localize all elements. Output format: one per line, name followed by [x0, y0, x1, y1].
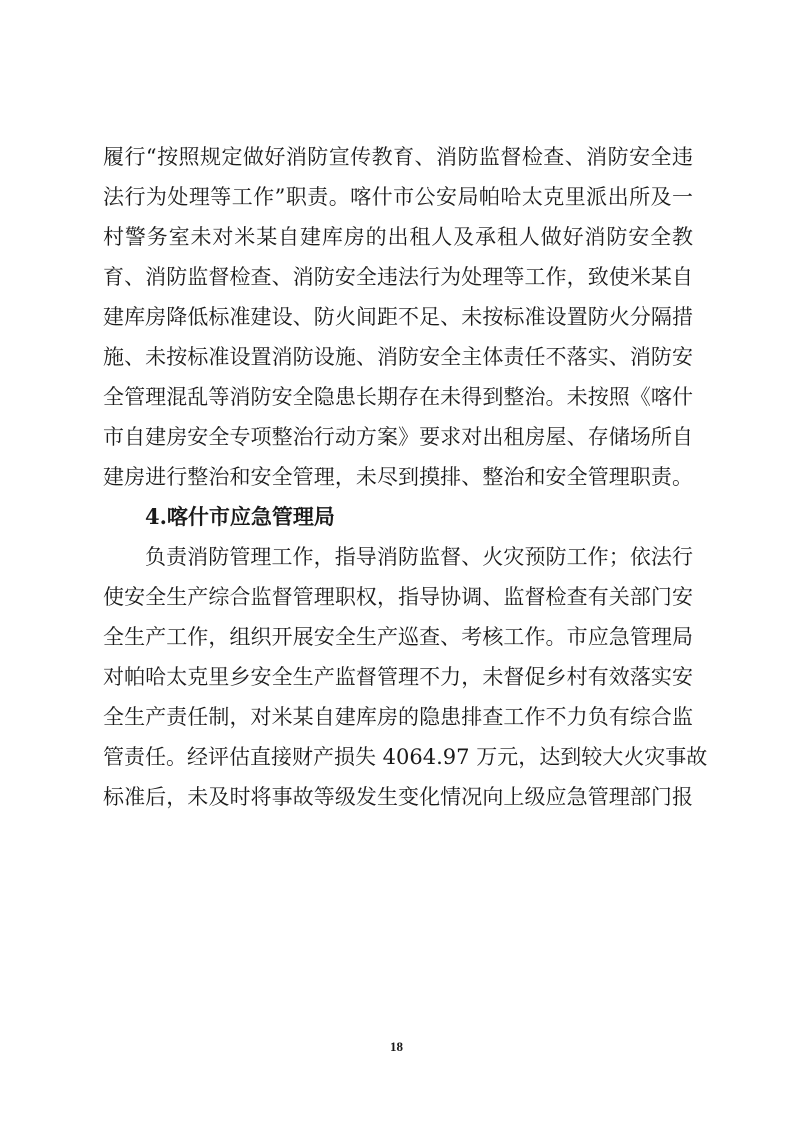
body-line: 村警务室未对米某自建库房的出租人及承租人做好消防安全教	[103, 222, 693, 252]
body-line: 负责消防管理工作，指导消防监督、火灾预防工作；依法行	[145, 542, 693, 572]
document-page: 履行“按照规定做好消防宣传教育、消防监督检查、消防安全违 法行为处理等工作”职责…	[0, 0, 793, 1122]
body-line: 使安全生产综合监督管理职权，指导协调、监督检查有关部门安	[103, 582, 693, 612]
body-line: 市自建房安全专项整治行动方案》要求对出租房屋、存储场所自	[103, 422, 693, 452]
page-number: 18	[0, 1039, 793, 1055]
body-line: 建房进行整治和安全管理，未尽到摸排、整治和安全管理职责。	[103, 462, 693, 492]
body-line: 建库房降低标准建设、防火间距不足、未按标准设置防火分隔措	[103, 302, 693, 332]
body-line: 全管理混乱等消防安全隐患长期存在未得到整治。未按照《喀什	[103, 382, 693, 412]
body-line: 育、消防监督检查、消防安全违法行为处理等工作，致使米某自	[103, 262, 693, 292]
body-line: 对帕哈太克里乡安全生产监督管理不力，未督促乡村有效落实安	[103, 662, 693, 692]
body-line: 履行“按照规定做好消防宣传教育、消防监督检查、消防安全违	[103, 142, 693, 172]
section-heading-4: 4.喀什市应急管理局	[145, 502, 335, 532]
body-line: 法行为处理等工作”职责。喀什市公安局帕哈太克里派出所及一	[103, 182, 693, 212]
body-line: 标准后，未及时将事故等级发生变化情况向上级应急管理部门报	[103, 782, 693, 812]
body-line: 全生产工作，组织开展安全生产巡查、考核工作。市应急管理局	[103, 622, 693, 652]
body-line: 施、未按标准设置消防设施、消防安全主体责任不落实、消防安	[103, 342, 693, 372]
body-line: 管责任。经评估直接财产损失 4064.97 万元，达到较大火灾事故	[103, 742, 693, 772]
body-line: 全生产责任制，对米某自建库房的隐患排查工作不力负有综合监	[103, 702, 693, 732]
